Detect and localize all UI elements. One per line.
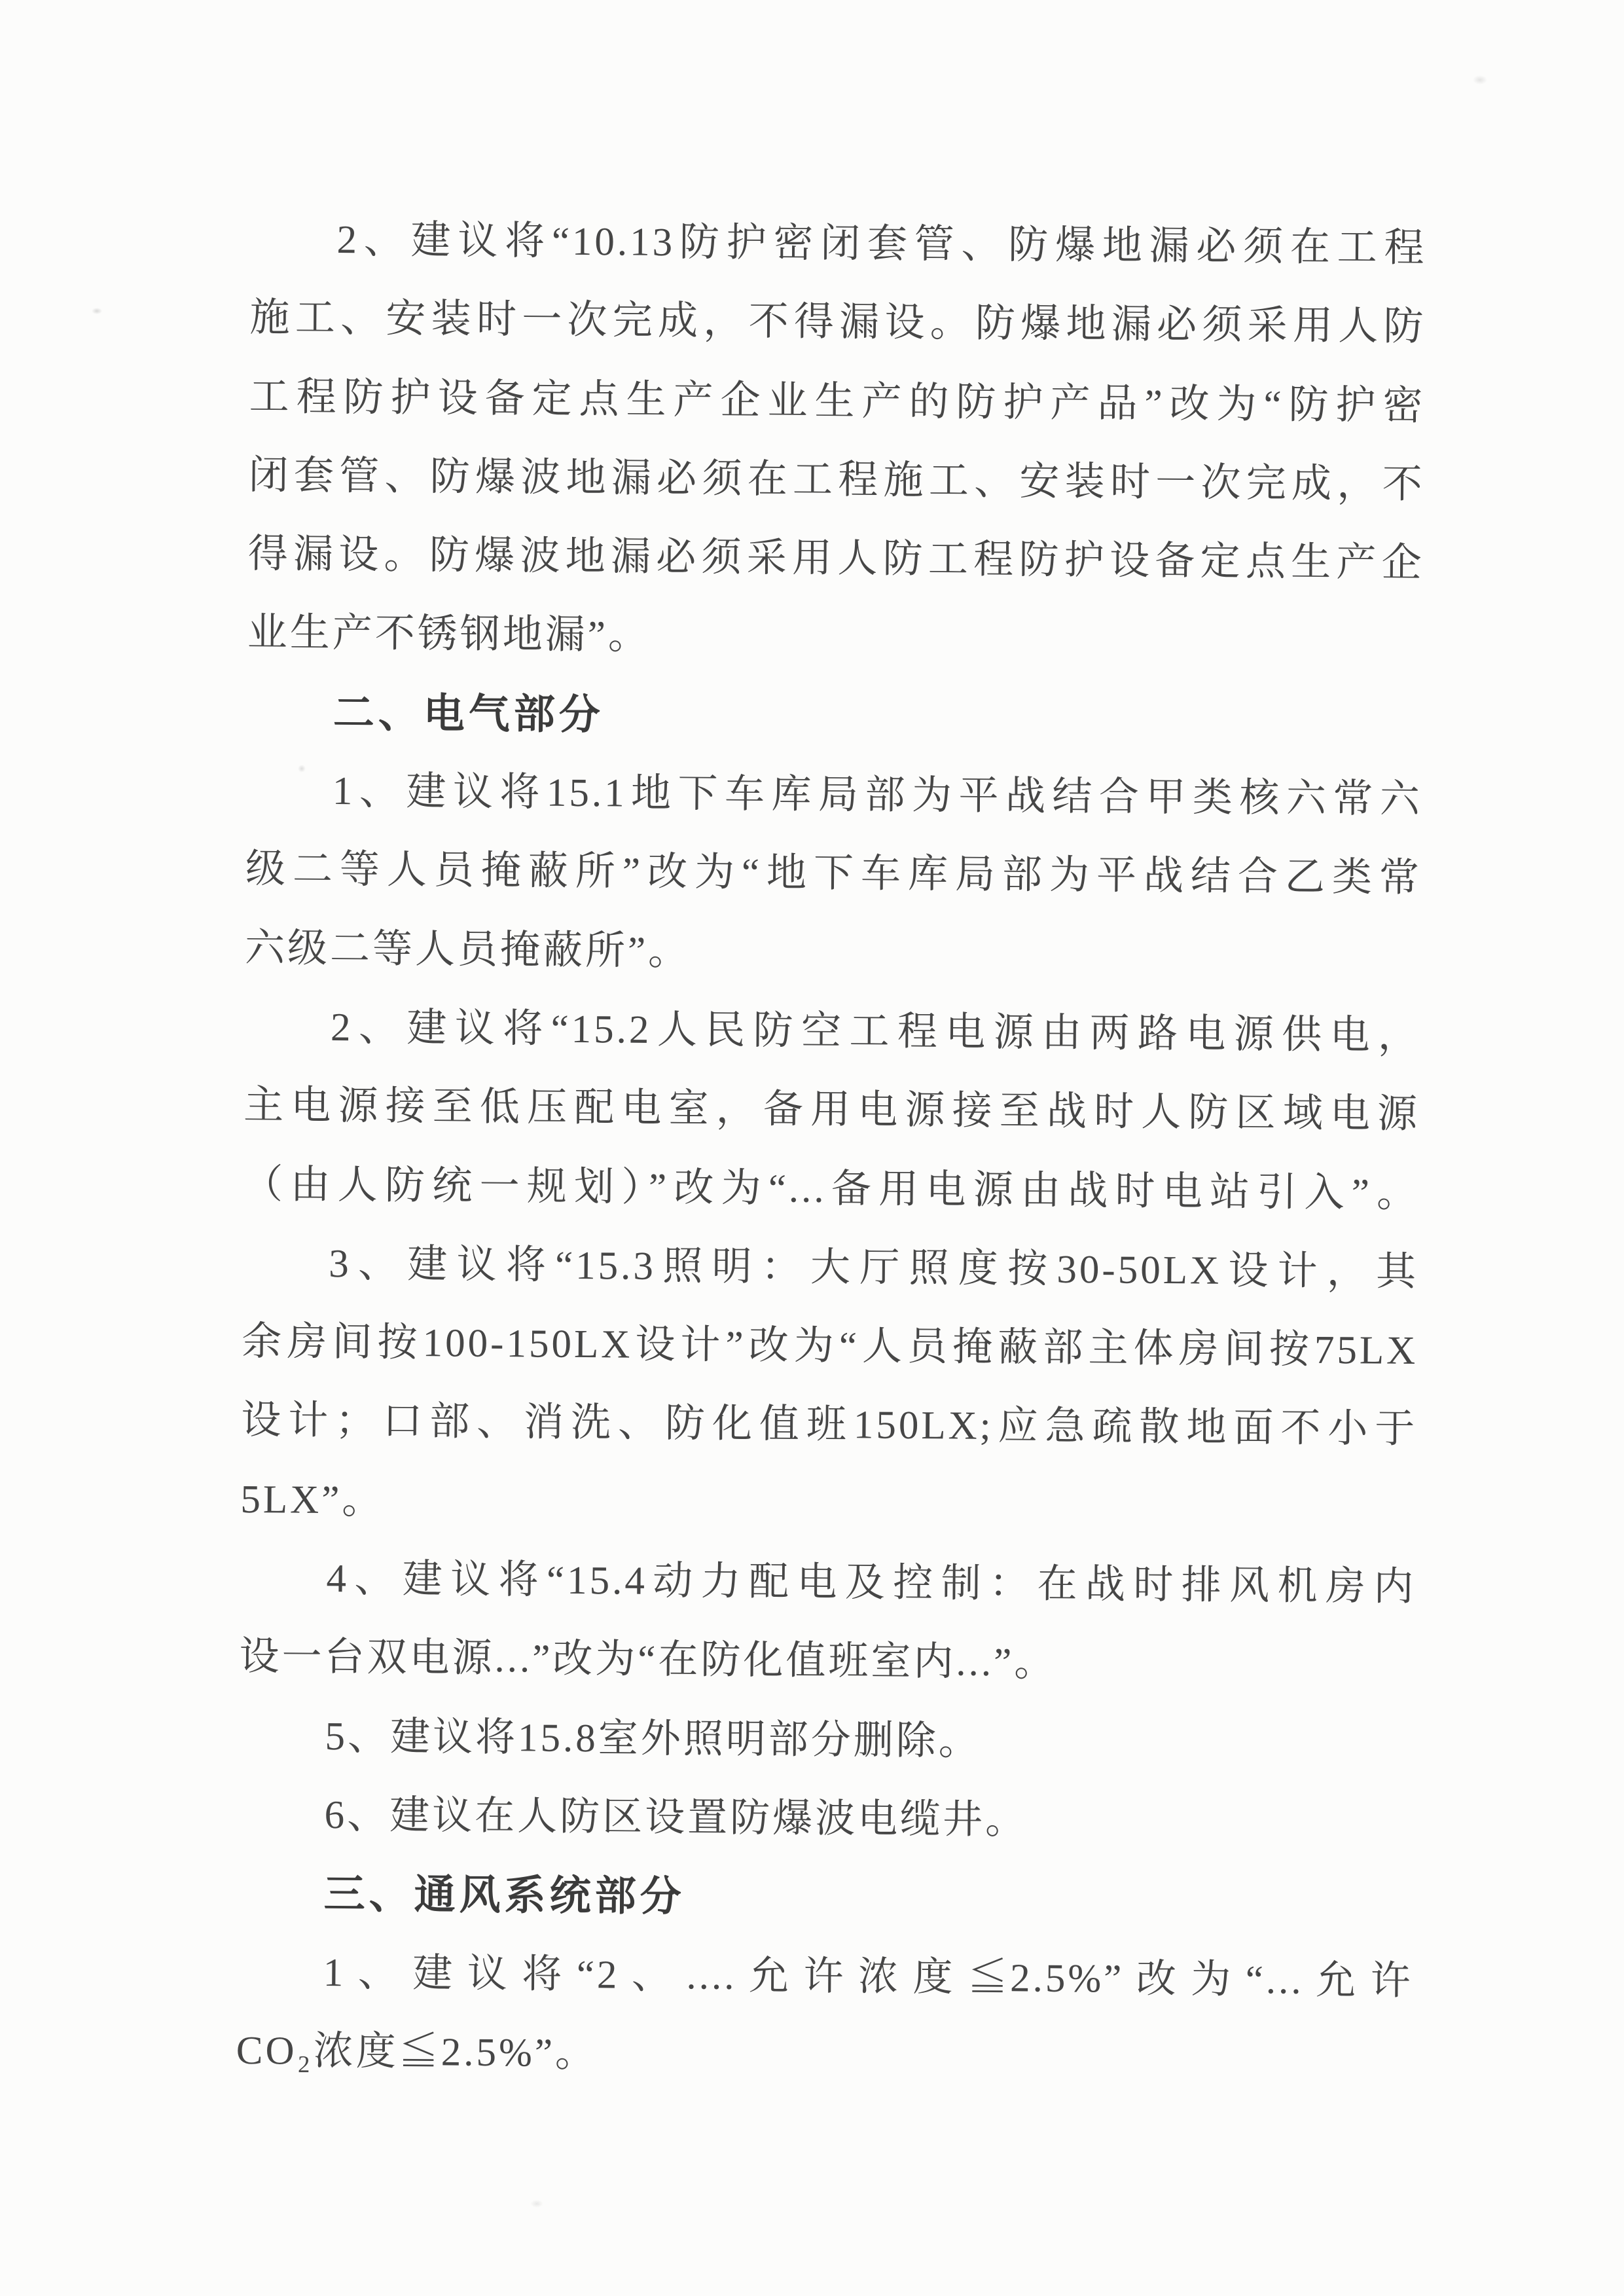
- line-text: 工程防护设备定点生产企业生产的防护产品”改为“防护密: [249, 375, 1425, 428]
- line-text: 2、建议将“15.2人民防空工程电源由两路电源供电，: [331, 1006, 1420, 1058]
- text-line: 设一台双电源...”改为“在防化值班室内...”。: [239, 1618, 1416, 1705]
- line-text: 六级二等人员掩蔽所”。: [245, 926, 691, 974]
- line-text: 5LX”。: [240, 1478, 384, 1523]
- text-line: 1、建议将15.1地下车库局部为平战结合甲类核六常六: [245, 752, 1422, 839]
- line-text: 二、电气部分: [333, 690, 605, 738]
- text-line: 2、建议将“15.2人民防空工程电源由两路电源供电，: [244, 988, 1421, 1076]
- scanned-document-page: 2、建议将“10.13防护密闭套管、防爆地漏必须在工程 施工、安装时一次完成，不…: [0, 0, 1624, 2296]
- text-line: 5、建议将15.8室外照明部分删除。: [238, 1697, 1415, 1785]
- line-text: 得漏设。防爆波地漏必须采用人防工程防护设备定点生产企: [247, 532, 1424, 585]
- line-text: 主电源接至低压配电室，备用电源接至战时人防区域电源: [244, 1084, 1420, 1137]
- text-line: 主电源接至低压配电室，备用电源接至战时人防区域电源: [244, 1066, 1420, 1154]
- text-line: 级二等人员掩蔽所”改为“地下车库局部为平战结合乙类常: [245, 830, 1422, 918]
- text-line: 得漏设。防爆波地漏必须采用人防工程防护设备定点生产企: [247, 515, 1424, 603]
- text-line: 二、电气部分: [246, 673, 1423, 761]
- line-text: 设计；口部、消洗、防化值班150LX;应急疏散地面不小于: [241, 1398, 1417, 1451]
- line-text: 三、通风系统部分: [323, 1871, 685, 1920]
- line-text: 业生产不锈钢地漏”。: [247, 611, 651, 658]
- line-text: 5、建议将15.8室外照明部分删除。: [325, 1715, 981, 1764]
- text-line: CO₂浓度≦2.5%”。: [236, 2012, 1413, 2100]
- line-text: 闭套管、防爆波地漏必须在工程施工、安装时一次完成，不: [248, 454, 1424, 507]
- text-line: 余房间按100-150LX设计”改为“人员掩蔽部主体房间按75LX: [242, 1303, 1418, 1391]
- text-line: 4、建议将“15.4动力配电及控制：在战时排风机房内: [240, 1539, 1416, 1627]
- scan-smudge: [530, 2200, 543, 2208]
- line-text: 施工、安装时一次完成，不得漏设。防爆地漏必须采用人防: [249, 296, 1426, 349]
- text-line: 六级二等人员掩蔽所”。: [245, 909, 1422, 997]
- scan-smudge: [92, 308, 102, 314]
- line-text: 1、建议将“2、....允许浓度≦2.5%”改为“...允许: [323, 1950, 1413, 2003]
- text-line: 2、建议将“10.13防护密闭套管、防爆地漏必须在工程: [250, 200, 1427, 288]
- line-text: 级二等人员掩蔽所”改为“地下车库局部为平战结合乙类常: [245, 847, 1422, 900]
- text-line: 业生产不锈钢地漏”。: [247, 594, 1424, 682]
- line-text: 1、建议将15.1地下车库局部为平战结合甲类核六常六: [333, 769, 1422, 822]
- text-line: 5LX”。: [240, 1461, 1417, 1548]
- text-line: 工程防护设备定点生产企业生产的防护产品”改为“防护密: [249, 358, 1426, 446]
- text-line: 3、建议将“15.3照明：大厅照度按30-50LX设计，其: [242, 1224, 1419, 1312]
- text-line: 1、建议将“2、....允许浓度≦2.5%”改为“...允许: [236, 1933, 1413, 2020]
- line-text: CO₂浓度≦2.5%”。: [236, 2029, 598, 2075]
- line-text: 3、建议将“15.3照明：大厅照度按30-50LX设计，其: [329, 1242, 1418, 1294]
- line-text: （由人防统一规划）”改为“...备用电源由战时电站引入”。: [243, 1163, 1419, 1216]
- document-text-block: 2、建议将“10.13防护密闭套管、防爆地漏必须在工程 施工、安装时一次完成，不…: [236, 200, 1427, 2100]
- text-line: 6、建议在人防区设置防爆波电缆井。: [238, 1776, 1415, 1863]
- line-text: 余房间按100-150LX设计”改为“人员掩蔽部主体房间按75LX: [242, 1320, 1418, 1373]
- text-line: 闭套管、防爆波地漏必须在工程施工、安装时一次完成，不: [248, 437, 1425, 524]
- line-text: 2、建议将“10.13防护密闭套管、防爆地漏必须在工程: [336, 218, 1426, 270]
- line-text: 设一台双电源...”改为“在防化值班室内...”。: [239, 1635, 1056, 1685]
- line-text: 6、建议在人防区设置防爆波电缆井。: [324, 1793, 1028, 1842]
- scan-smudge: [1473, 75, 1487, 84]
- text-line: 设计；口部、消洗、防化值班150LX;应急疏散地面不小于: [241, 1381, 1418, 1469]
- text-line: （由人防统一规划）”改为“...备用电源由战时电站引入”。: [243, 1146, 1420, 1233]
- line-text: 4、建议将“15.4动力配电及控制：在战时排风机房内: [326, 1557, 1416, 1609]
- text-line: 三、通风系统部分: [237, 1854, 1414, 1942]
- text-line: 施工、安装时一次完成，不得漏设。防爆地漏必须采用人防: [249, 279, 1426, 367]
